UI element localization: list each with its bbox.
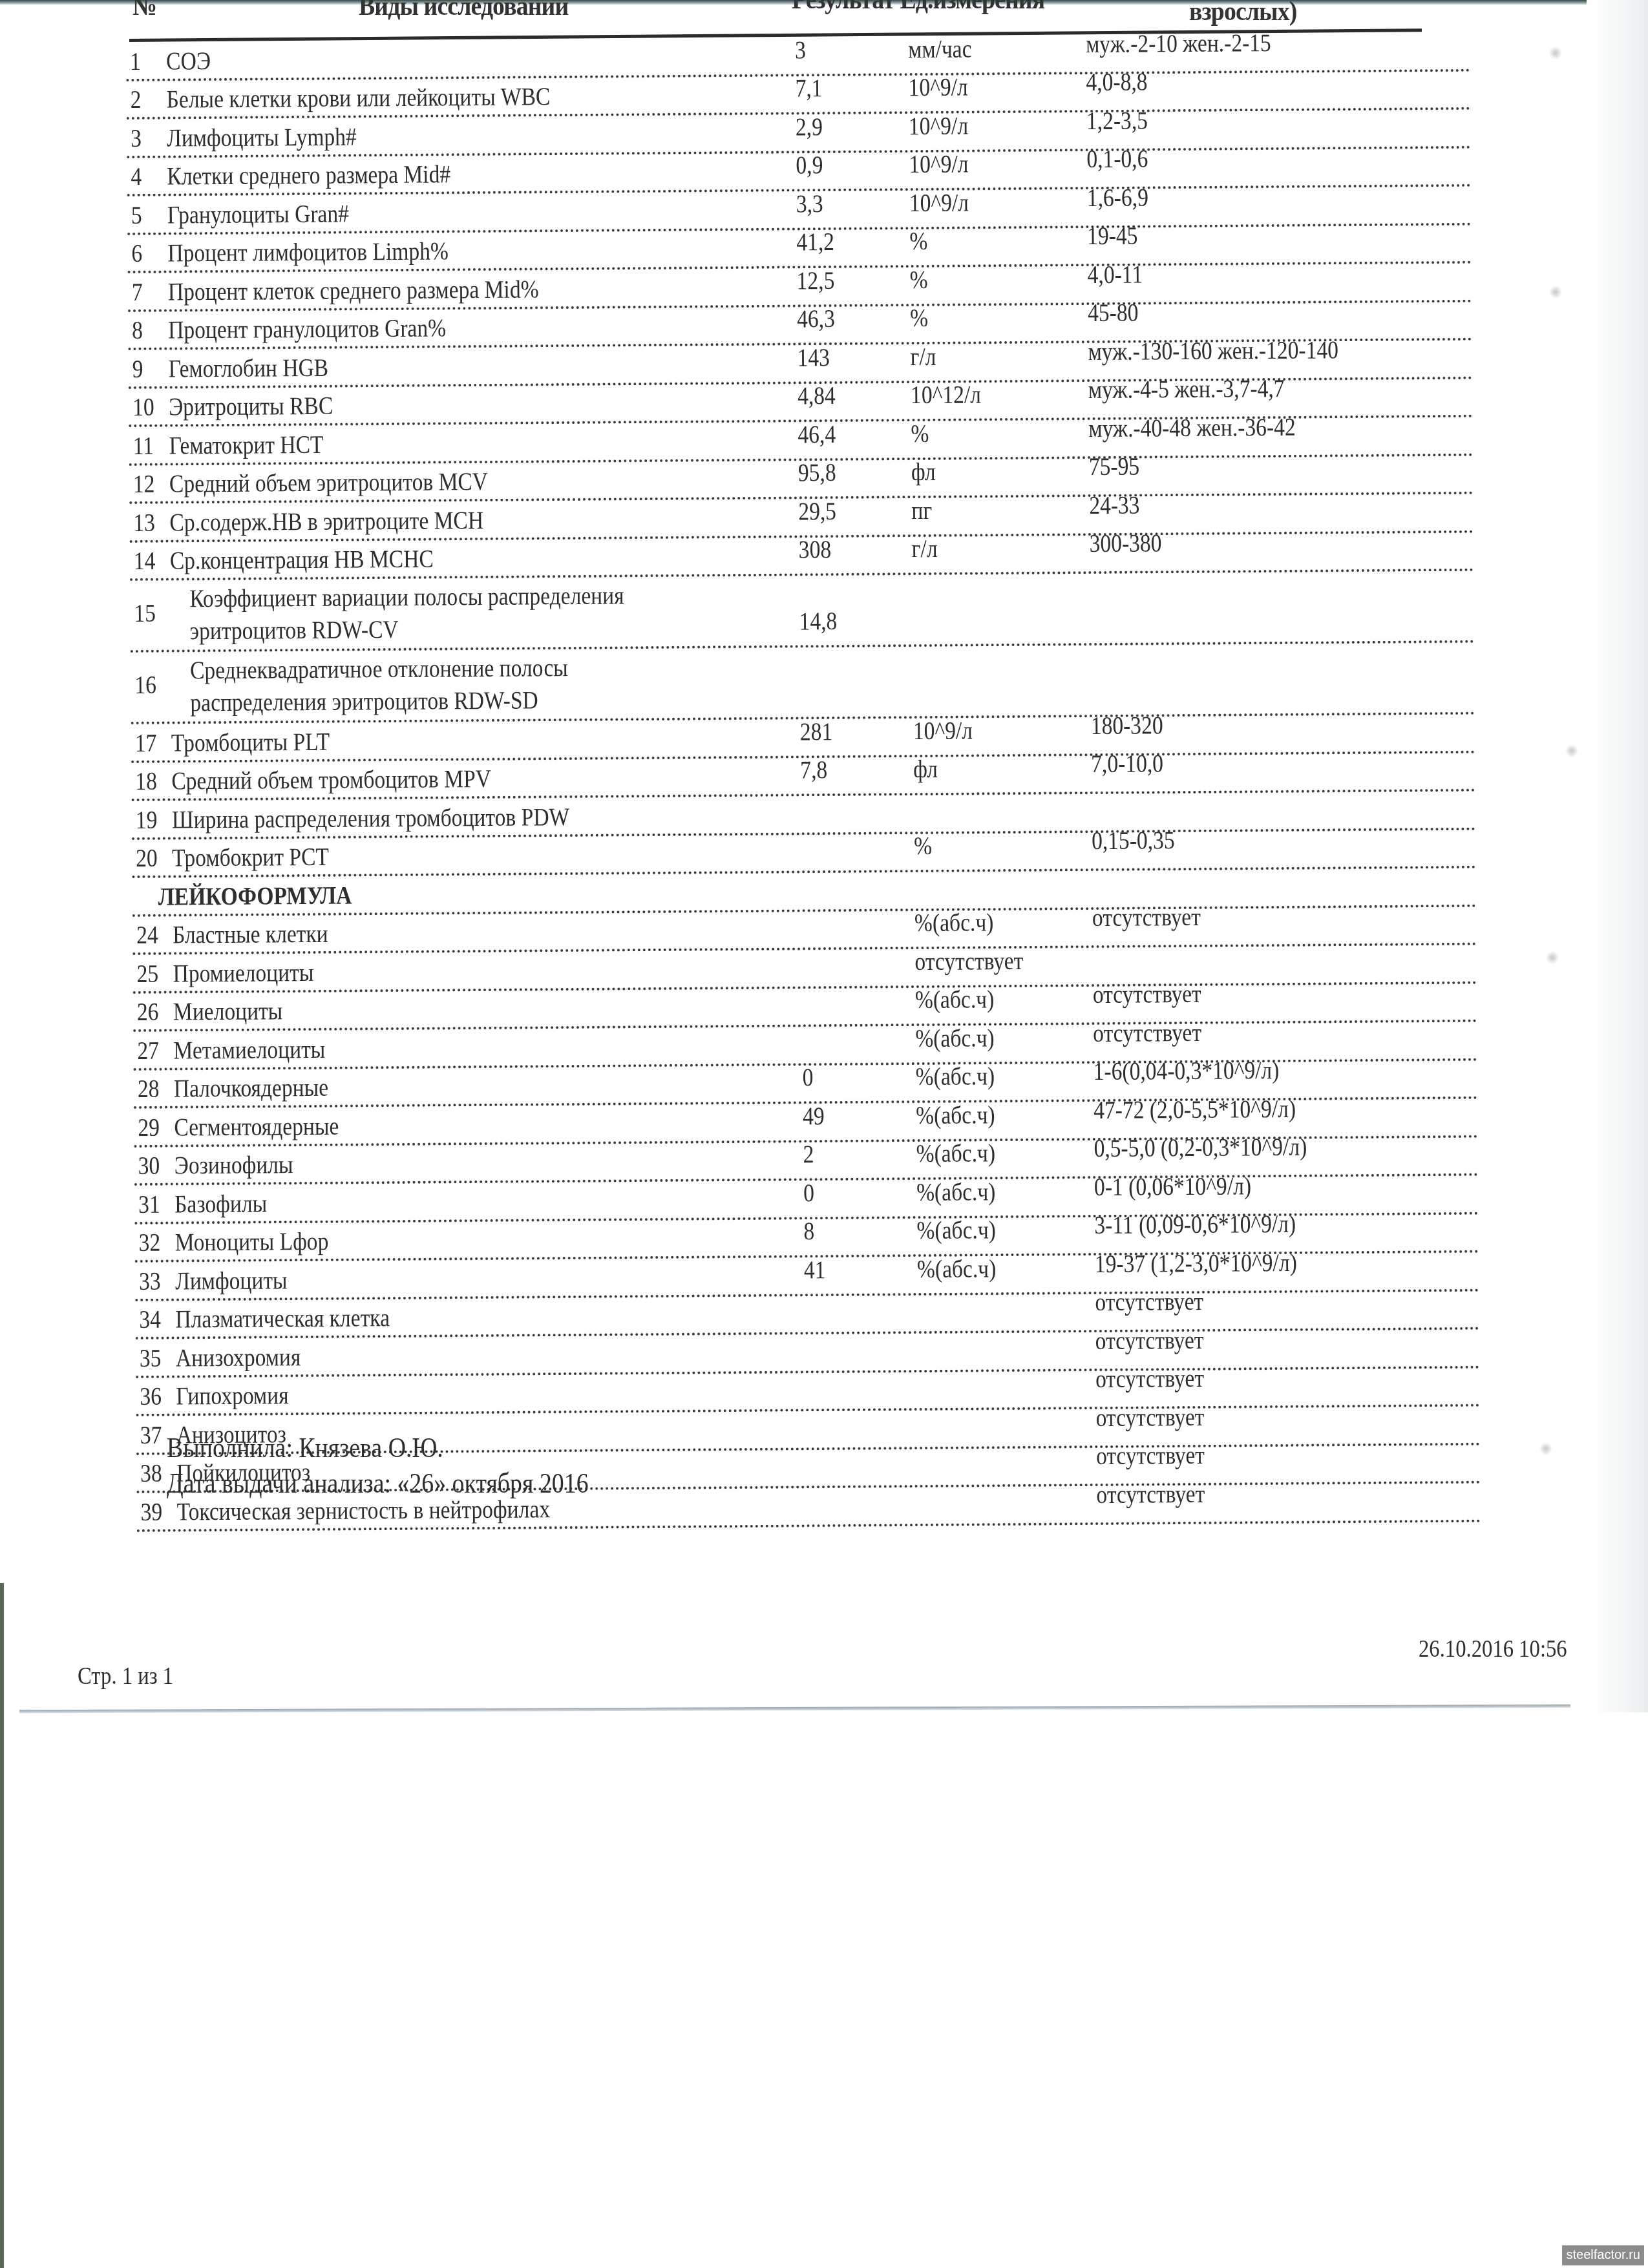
section-title: ЛЕЙКОФОРМУЛА: [158, 881, 352, 911]
result-value: 95,8: [798, 458, 836, 487]
row-number: 4: [131, 162, 142, 191]
row-number: 3: [131, 123, 142, 152]
result-value: 7,1: [795, 74, 822, 103]
row-number: 29: [138, 1113, 160, 1142]
row-number: 37: [140, 1420, 162, 1449]
unit: %(абс.ч): [917, 1254, 997, 1284]
row-number: 30: [138, 1151, 160, 1181]
result-value: 4,84: [798, 381, 836, 410]
test-name: Эритроциты RBC: [169, 392, 333, 422]
unit: фл: [913, 755, 938, 784]
test-name: Анизохромия: [176, 1343, 301, 1372]
result-value: 46,4: [798, 419, 836, 448]
test-name: Гемоглобин HGB: [169, 353, 329, 383]
table-row: 15Коэффициент вариации полосы распределе…: [130, 571, 1475, 653]
test-name: Палочкоядерные: [174, 1073, 328, 1104]
reference-range: 1,2-3,5: [1086, 106, 1148, 136]
reference-range: отсутствует: [1096, 1441, 1205, 1471]
test-name: Коэффициент вариации полосы распределени…: [189, 580, 690, 647]
reference-range: отсутствует: [1092, 903, 1201, 932]
reference-range: 45-80: [1088, 299, 1139, 328]
test-name: Эозинофилы: [174, 1150, 293, 1180]
row-number: 1: [130, 47, 141, 76]
test-name: Тромбоциты PLT: [171, 727, 330, 757]
row-number: 8: [132, 316, 143, 345]
test-name: Плазматическая клетка: [175, 1303, 390, 1334]
reference-range: муж.-4-5 жен.-3,7-4,7: [1088, 374, 1285, 404]
test-name: Процент клеток среднего размера Mid%: [168, 275, 539, 306]
test-name: Средний объем эритроцитов MCV: [169, 467, 488, 499]
unit: %(абс.ч): [916, 1139, 995, 1168]
unit: 10^12/л: [911, 380, 981, 410]
row-number: 17: [135, 728, 157, 757]
unit: %: [911, 419, 929, 448]
header-no: №: [132, 0, 156, 22]
row-number: 20: [136, 844, 158, 873]
row-number: 33: [139, 1266, 161, 1296]
reference-range: 0,5-5,0 (0,2-0,3*10^9/л): [1093, 1133, 1307, 1163]
result-value: 41,2: [796, 227, 834, 257]
test-name: Белые клетки крови или лейкоциты WBC: [166, 82, 550, 114]
result-value: 2: [803, 1140, 814, 1169]
unit: 10^9/л: [909, 149, 968, 179]
reference-range: 4,0-8,8: [1086, 67, 1147, 97]
row-number: 10: [132, 393, 154, 422]
unit: г/л: [912, 534, 938, 563]
reference-range: отсутствует: [1096, 1479, 1205, 1509]
result-value: 8: [803, 1217, 814, 1246]
result-value: 41: [804, 1255, 826, 1285]
test-name: Ср.концентрация HB MCHC: [170, 545, 434, 576]
unit: 10^9/л: [909, 188, 969, 218]
result-value: 2,9: [796, 112, 823, 142]
reference-range: муж.-130-160 жен.-120-140: [1088, 335, 1338, 366]
unit: %: [909, 227, 927, 256]
reference-range: 7,0-10,0: [1091, 749, 1163, 779]
test-name: Базофилы: [174, 1189, 267, 1219]
result-value: 281: [800, 717, 833, 746]
reference-range: 0-1 (0,06*10^9/л): [1094, 1171, 1251, 1202]
test-name: Гипохромия: [176, 1381, 289, 1411]
result-value: 7,8: [800, 755, 827, 784]
unit: %(абс.ч): [916, 1062, 995, 1091]
scan-speck: [1564, 743, 1579, 759]
test-name: Гранулоциты Gran#: [167, 199, 349, 229]
row-number: 32: [138, 1228, 160, 1257]
row-number: 31: [138, 1190, 160, 1219]
watermark: steelfactor.ru: [1562, 2245, 1644, 2265]
row-number: 39: [141, 1497, 163, 1526]
reference-range: отсутствует: [1095, 1325, 1204, 1355]
test-name: Гематокрит HCT: [169, 430, 323, 460]
page-number: Стр. 1 из 1: [78, 1662, 173, 1690]
reference-range: муж.-40-48 жен.-36-42: [1088, 412, 1296, 443]
row-number: 14: [134, 547, 156, 576]
reference-range: 47-72 (2,0-5,5*10^9/л): [1093, 1094, 1296, 1124]
test-name: Ср.содерж.HB в эритроците MCH: [169, 505, 483, 537]
unit: 10^9/л: [909, 111, 968, 141]
row-number: 11: [132, 431, 154, 460]
scan-edge-left: [0, 1583, 4, 2268]
unit: %(абс.ч): [916, 1100, 995, 1130]
reference-range: отсутствует: [1095, 1402, 1204, 1432]
unit: %: [914, 832, 932, 861]
unit: фл: [911, 457, 936, 487]
reference-range: 4,0-11: [1088, 260, 1143, 289]
reference-range: отсутствует: [1093, 980, 1201, 1009]
result-value: 29,5: [798, 496, 836, 525]
reference-range: 19-45: [1087, 222, 1138, 251]
reference-range: 300-380: [1090, 529, 1162, 558]
result-value: 3: [795, 36, 806, 65]
row-number: 12: [133, 470, 155, 499]
scan-speck: [1545, 950, 1560, 965]
row-number: 6: [131, 239, 142, 268]
test-name: Миелоциты: [173, 996, 283, 1026]
result-value: 308: [799, 535, 832, 564]
reference-range: 24-33: [1089, 490, 1140, 520]
row-number: 16: [134, 671, 156, 719]
header-result-unit: Результат Ед.измерения: [792, 0, 1044, 16]
row-number: 13: [133, 508, 155, 537]
result-value: 14,8: [799, 607, 837, 636]
test-name: Сегментоядерные: [174, 1111, 339, 1142]
reference-range: отсутствует: [1095, 1287, 1203, 1317]
test-name: Ширина распределения тромбоцитов PDW: [172, 803, 570, 835]
results-table: 1СОЭ3мм/часмуж.-2-10 жен.-2-152Белые кле…: [126, 33, 1481, 1532]
reference-range: 0,1-0,6: [1086, 144, 1148, 174]
unit: г/л: [910, 342, 936, 371]
reference-range: 1-6(0,04-0,3*10^9/л): [1093, 1056, 1280, 1086]
sheet-edge: [19, 1705, 1570, 1713]
test-name: Тромбокрит PCT: [172, 843, 329, 873]
scan-edge-right: [1587, 0, 1648, 1712]
test-name: Клетки среднего размера Mid#: [167, 160, 450, 191]
result-value: 0: [803, 1063, 814, 1092]
unit: %(абс.ч): [915, 985, 995, 1014]
unit: пг: [911, 496, 932, 525]
test-name: Процент гранулоцитов Gran%: [168, 313, 446, 344]
row-number: 38: [140, 1459, 162, 1488]
row-number: 35: [140, 1343, 162, 1372]
unit: 10^9/л: [908, 72, 967, 102]
unit: %(абс.ч): [916, 1215, 996, 1245]
row-number: 7: [132, 277, 143, 306]
unit: %: [910, 304, 928, 333]
row-number: 18: [135, 767, 157, 796]
row-number: 19: [136, 805, 158, 834]
unit: %(абс.ч): [915, 1024, 995, 1053]
test-name: Лимфоциты Lymph#: [167, 122, 357, 152]
unit: отсутствует: [914, 946, 1023, 976]
unit: %(абс.ч): [916, 1177, 996, 1207]
result-value: 12,5: [797, 266, 835, 295]
unit: %: [910, 265, 928, 294]
reference-range: 3-11 (0,09-0,6*10^9/л): [1094, 1210, 1296, 1240]
test-name: Лимфоциты: [175, 1266, 288, 1296]
header-test-name: Виды исследований: [359, 0, 568, 22]
test-name: Среднеквадратичное отклонение полосы рас…: [190, 651, 691, 719]
scan-speck: [1548, 45, 1563, 61]
row-number: 34: [139, 1305, 161, 1334]
test-name: Процент лимфоцитов Limph%: [167, 236, 449, 268]
table-row: 16Среднеквадратичное отклонение полосы р…: [131, 643, 1475, 724]
row-number: 9: [132, 354, 143, 383]
result-value: 3,3: [796, 189, 823, 218]
performed-by: Выполнила: Князева О.Ю.: [167, 1431, 443, 1464]
row-number: 24: [136, 921, 158, 950]
test-name: Бластные клетки: [173, 919, 328, 950]
scan-speck: [1538, 1441, 1554, 1456]
header-reference: взрослых): [1189, 0, 1296, 27]
test-name: СОЭ: [166, 47, 211, 76]
result-value: 0,9: [796, 151, 823, 180]
result-value: 0: [803, 1179, 814, 1208]
reference-range: муж.-2-10 жен.-2-15: [1086, 28, 1271, 59]
row-number: 2: [130, 85, 141, 114]
row-number: 27: [137, 1036, 159, 1065]
row-number: 5: [131, 200, 142, 229]
reference-range: 0,15-0,35: [1092, 826, 1175, 856]
issue-date: Дата выдачи анализа: «26» октября 2016: [167, 1467, 589, 1500]
row-number: 28: [138, 1075, 160, 1104]
unit: 10^9/л: [913, 716, 973, 746]
row-number: 15: [134, 599, 156, 647]
result-value: 49: [803, 1102, 825, 1131]
print-timestamp: 26.10.2016 10:56: [1419, 1635, 1567, 1663]
test-name: Промиелоциты: [173, 958, 313, 988]
unit: %(абс.ч): [914, 908, 994, 938]
scan-speck: [1548, 284, 1563, 300]
reference-range: 75-95: [1089, 452, 1140, 482]
result-value: 143: [797, 343, 830, 372]
test-name: Средний объем тромбоцитов MPV: [171, 764, 491, 796]
test-name: Моноциты Lфор: [174, 1227, 328, 1257]
reference-range: 1,6-6,9: [1087, 183, 1148, 213]
reference-range: 19-37 (1,2-3,0*10^9/л): [1095, 1248, 1297, 1278]
test-name: Метамиелоциты: [173, 1034, 325, 1065]
row-number: 36: [140, 1382, 162, 1411]
unit: мм/час: [908, 34, 972, 64]
row-number: 25: [136, 959, 158, 988]
reference-range: отсутствует: [1093, 1018, 1201, 1047]
reference-range: 180-320: [1091, 711, 1163, 740]
row-number: 26: [137, 998, 159, 1027]
result-value: 46,3: [797, 304, 835, 333]
reference-range: отсутствует: [1095, 1364, 1204, 1394]
